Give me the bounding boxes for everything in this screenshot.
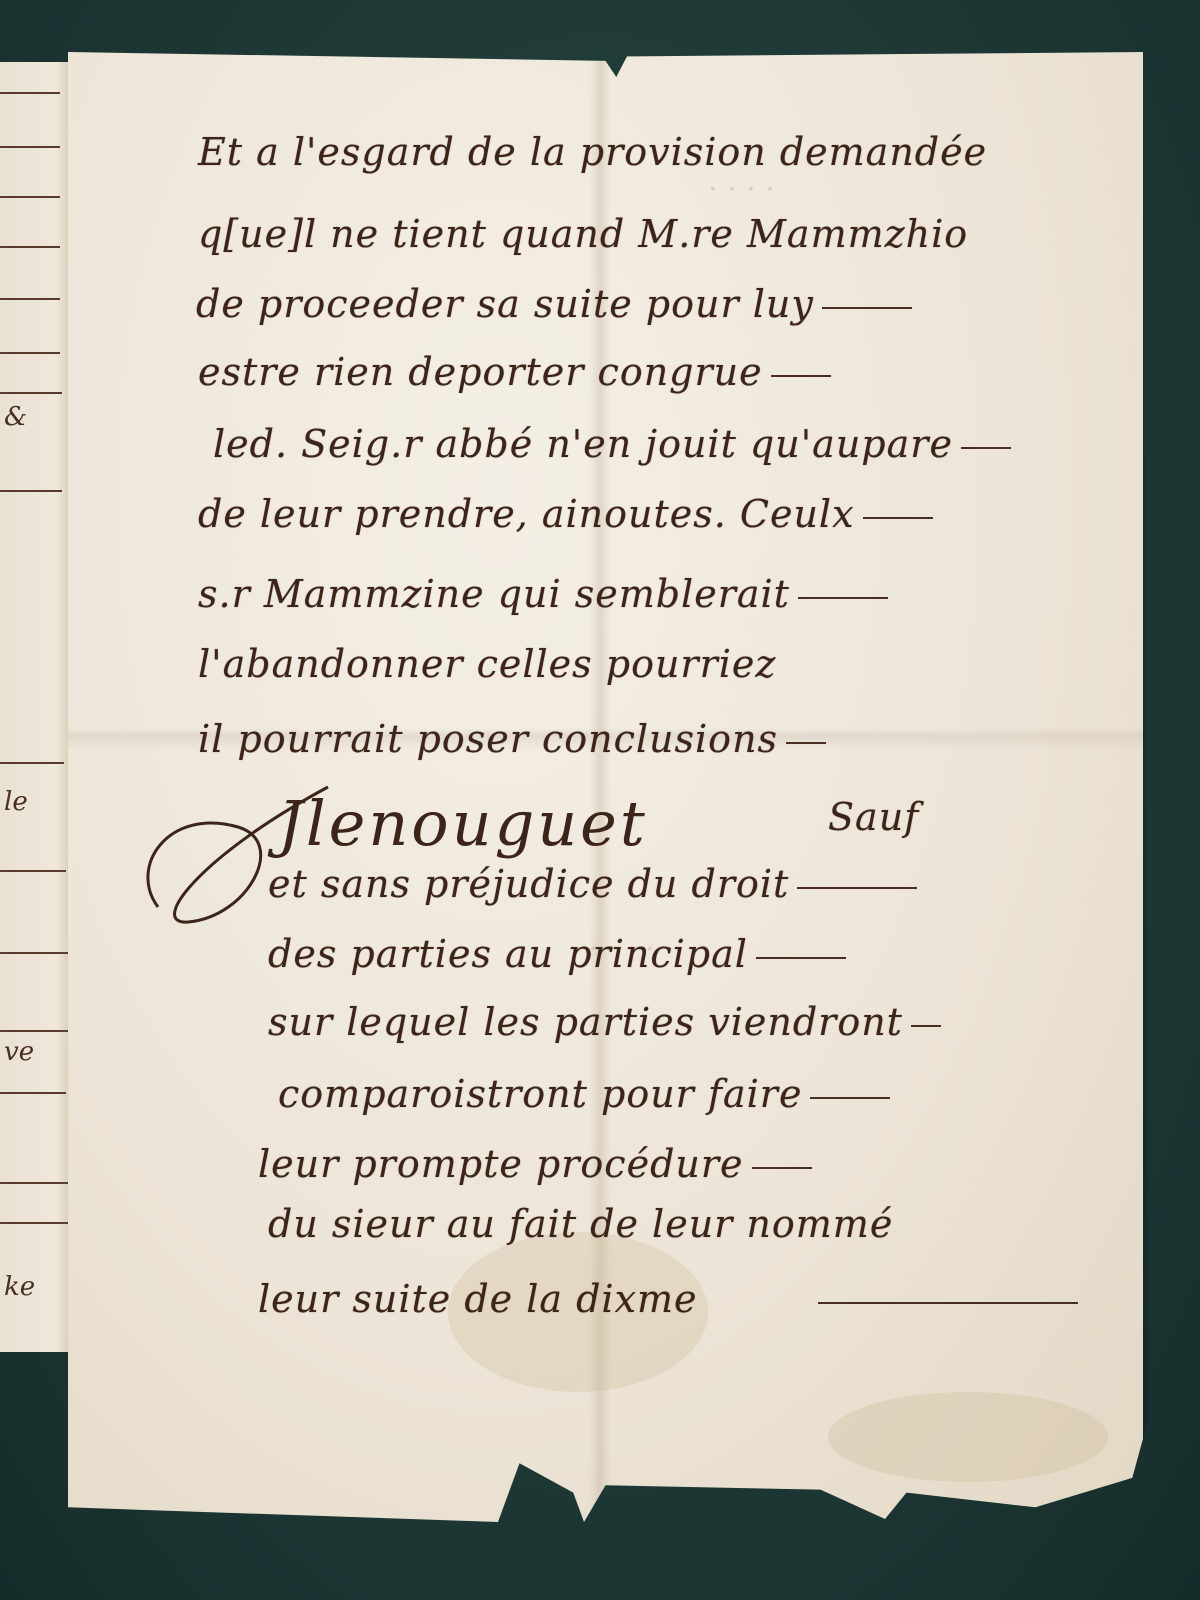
line-text: du sieur au fait de leur nommé	[268, 1202, 893, 1246]
manuscript-line-5: led. Seig.r abbé n'en jouit qu'aupare	[213, 422, 1011, 466]
signature-text: Jlenouguet	[278, 787, 648, 860]
line-text: comparoistront pour faire	[278, 1072, 802, 1116]
line-text: led. Seig.r abbé n'en jouit qu'aupare	[213, 422, 953, 466]
line-text: il pourrait poser conclusions	[198, 717, 778, 761]
manuscript-line-8: l'abandonner celles pourriez	[198, 642, 776, 686]
facing-page-fragment: &	[4, 402, 27, 432]
line-text: Et a l'esgard de la provision demandée	[198, 130, 987, 174]
ruled-line-stroke	[0, 392, 62, 394]
manuscript-line-7: s.r Mammzine qui semblerait	[198, 572, 888, 616]
ruled-line-stroke	[0, 246, 60, 248]
ruled-line-stroke	[0, 952, 68, 954]
ruled-line-stroke	[0, 146, 60, 148]
line-text: s.r Mammzine qui semblerait	[198, 572, 790, 616]
ruled-line-stroke	[0, 92, 60, 94]
ruled-line-stroke	[0, 298, 60, 300]
manuscript-line-1: Et a l'esgard de la provision demandée	[198, 130, 987, 174]
line-text: et sans préjudice du droit	[268, 862, 789, 906]
ruled-line-stroke	[0, 490, 62, 492]
line-text: sur lequel les parties viendront	[268, 1000, 903, 1044]
line-text: leur prompte procédure	[258, 1142, 744, 1186]
line-text: q[ue]l ne tient quand M.re Mammzhio	[198, 212, 968, 256]
ruled-line-stroke	[0, 870, 66, 872]
manuscript-line-4: estre rien deporter congrue	[198, 350, 831, 394]
ruled-line-stroke	[0, 1182, 78, 1184]
manuscript-line-16: du sieur au fait de leur nommé	[268, 1202, 893, 1246]
line-text: l'abandonner celles pourriez	[198, 642, 776, 686]
manuscript-line-9: il pourrait poser conclusions	[198, 717, 826, 761]
ruled-line-stroke	[0, 762, 64, 764]
manuscript-line-12: des parties au principal	[268, 932, 846, 976]
ruled-line-stroke	[0, 352, 60, 354]
manuscript-line-15: leur prompte procédure	[258, 1142, 812, 1186]
manuscript-line-17: leur suite de la dixme	[258, 1277, 1078, 1321]
manuscript-page: · · · · · · · · · Et a l'esgard de la pr…	[68, 52, 1143, 1522]
facing-page-fragment: ke	[4, 1272, 35, 1302]
ruled-line-stroke	[0, 1030, 72, 1032]
ruled-line-stroke	[0, 196, 60, 198]
manuscript-line-13: sur lequel les parties viendront	[268, 1000, 941, 1044]
manuscript-line-3: de proceeder sa suite pour luy	[196, 282, 912, 326]
paper-stain	[828, 1392, 1108, 1482]
facing-page-edge: & le ve ke	[0, 62, 70, 1352]
ruled-line-stroke	[0, 1092, 66, 1094]
line-text: Sauf	[828, 795, 919, 839]
line-text: leur suite de la dixme	[258, 1277, 698, 1321]
facing-page-fragment: ve	[4, 1037, 34, 1067]
manuscript-line-6: de leur prendre, ainoutes. Ceulx	[198, 492, 933, 536]
line-text: de leur prendre, ainoutes. Ceulx	[198, 492, 855, 536]
manuscript-line-14: comparoistront pour faire	[278, 1072, 890, 1116]
line-text: estre rien deporter congrue	[198, 350, 763, 394]
facing-page-fragment: le	[4, 787, 28, 817]
bleed-through-text: · · · ·	[708, 172, 775, 207]
manuscript-line-11: et sans préjudice du droit	[268, 862, 917, 906]
line-text: de proceeder sa suite pour luy	[196, 282, 814, 326]
line-text: des parties au principal	[268, 932, 748, 976]
manuscript-line-2: q[ue]l ne tient quand M.re Mammzhio	[198, 212, 968, 256]
